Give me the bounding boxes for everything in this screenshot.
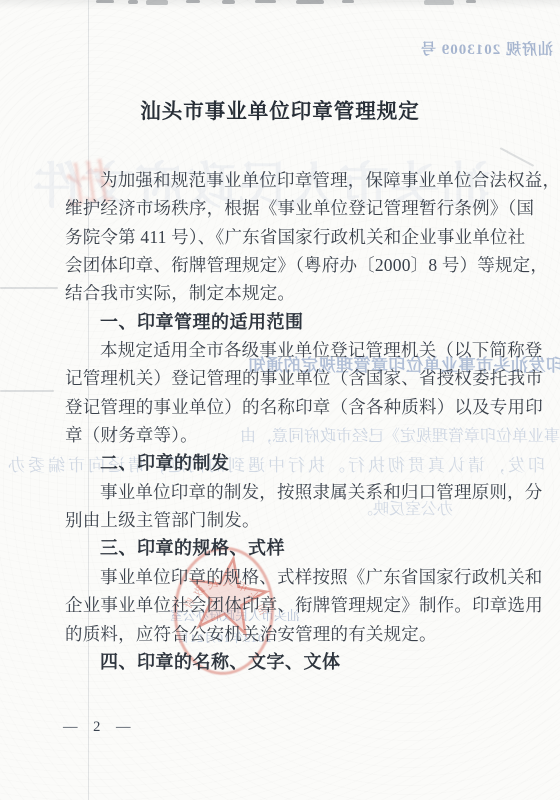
section-heading: 一、印章管理的适用范围 xyxy=(65,308,501,336)
scan-edge-smudge xyxy=(424,0,454,5)
scan-edge-smudge xyxy=(146,0,168,5)
document-line: 务院令第 411 号）、《广东省国家行政机关和企业事业单位社 xyxy=(65,223,501,251)
document-line: 事业单位印章的规格、式样按照《广东省国家行政机关和 xyxy=(65,563,501,591)
document-line: 为加强和规范事业单位印章管理，保障事业单位合法权益， xyxy=(65,166,501,194)
section-heading: 四、印章的名称、文字、文体 xyxy=(65,648,501,676)
document-line: 维护经济市场秩序，根据《事业单位登记管理暂行条例》（国 xyxy=(65,194,501,222)
scan-edge-smudge xyxy=(342,0,354,3)
document-line: 会团体印章、衔牌管理规定》（粤府办〔2000〕8 号）等规定， xyxy=(65,251,501,279)
scan-streak xyxy=(0,390,54,392)
document-line: 本规定适用全市各级事业单位登记管理机关（以下简称登 xyxy=(65,336,501,364)
scan-edge-smudge xyxy=(466,0,476,3)
document-line: 记管理机关）登记管理的事业单位（含国家、省授权委托我市 xyxy=(65,364,501,392)
document-title: 汕头市事业单位印章管理规定 xyxy=(0,98,560,126)
document-line: 企业事业单位社会团体印章、衔牌管理规定》制作。印章选用 xyxy=(65,591,501,619)
document-body: 为加强和规范事业单位印章管理，保障事业单位合法权益，维护经济市场秩序，根据《事业… xyxy=(65,166,501,676)
document-line: 事业单位印章的制发，按照隶属关系和归口管理原则，分 xyxy=(65,478,501,506)
scan-streak xyxy=(500,147,534,167)
bleed-document-number: 汕府规 2013009 号 xyxy=(420,38,553,59)
document-line: 登记管理的事业单位）的名称印章（含各种质料）以及专用印 xyxy=(65,393,501,421)
scan-edge-smudge xyxy=(128,0,138,4)
scan-edge-smudge xyxy=(296,0,324,4)
page-number: — 2 — xyxy=(63,719,137,736)
document-line: 章（财务章等）。 xyxy=(65,421,501,449)
scanned-document-page: 汕头市人民政府文件 批 汕府规 2013009 号 印发汕头市事业单位印章管理规… xyxy=(0,0,560,800)
document-line: 结合我市实际，制定本规定。 xyxy=(65,279,501,307)
document-line: 的质料，应符合公安机关治安管理的有关规定。 xyxy=(65,620,501,648)
scan-top-shadow xyxy=(0,0,560,9)
scan-edge-smudge xyxy=(96,0,114,3)
section-heading: 二、印章的制发 xyxy=(65,449,501,477)
document-line: 别由上级主管部门制发。 xyxy=(65,506,501,534)
section-heading: 三、印章的规格、式样 xyxy=(65,534,501,562)
scan-streak xyxy=(0,287,58,289)
scan-edge-smudge xyxy=(255,0,276,3)
scan-edge-smudge xyxy=(222,0,235,4)
scan-edge-smudge xyxy=(186,0,200,3)
